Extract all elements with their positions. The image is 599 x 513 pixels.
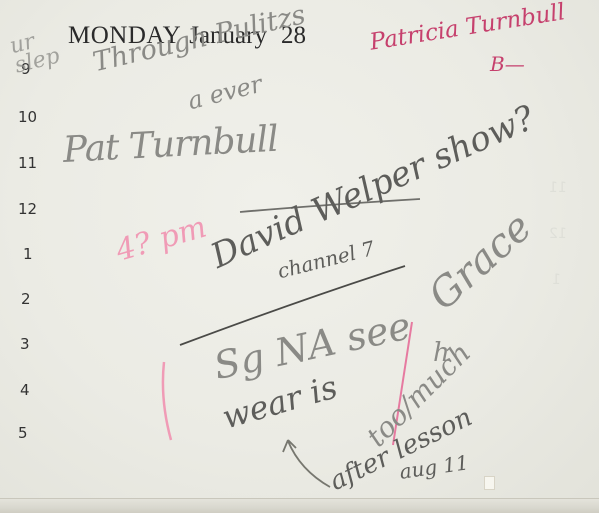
diary-page: MONDAYJanuary28 9 10 11 12 1 2 3 4 5 11 …	[0, 0, 599, 513]
page-edge	[0, 498, 599, 513]
paper-chip	[484, 476, 495, 490]
